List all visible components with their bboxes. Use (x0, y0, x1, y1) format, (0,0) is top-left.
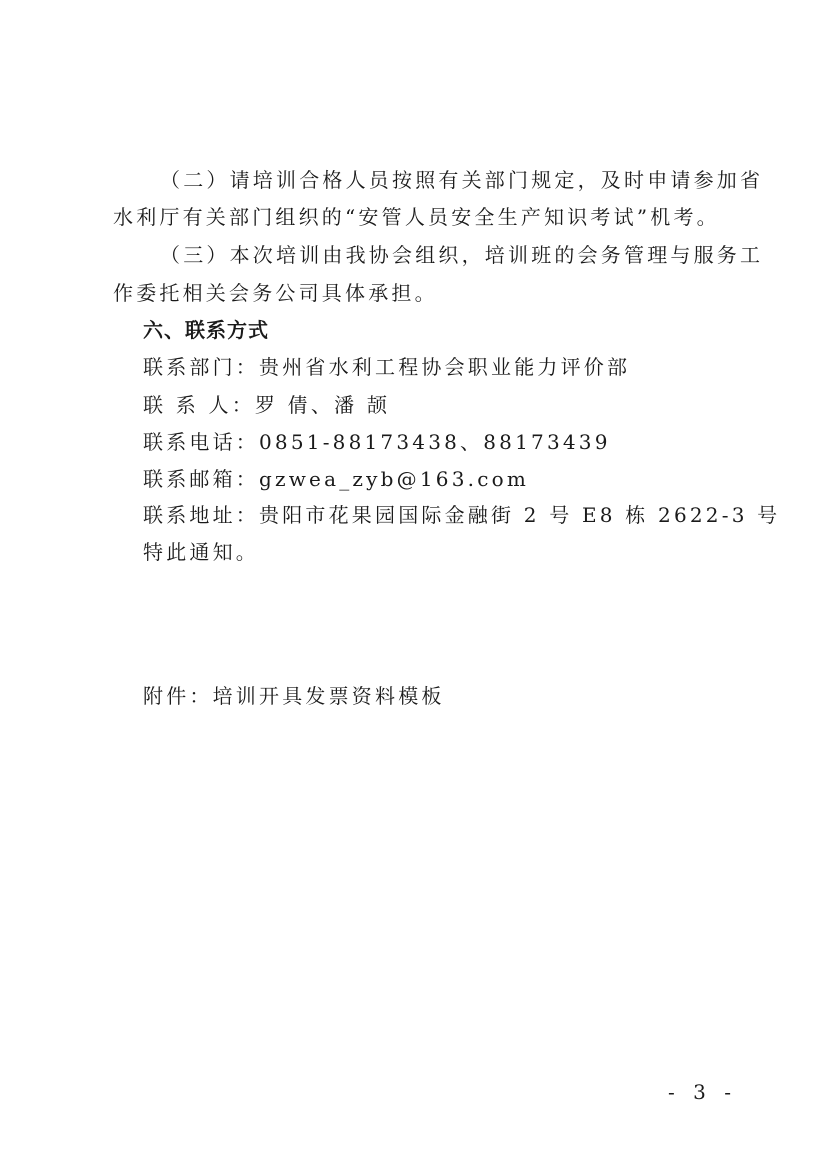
closing-remark: 特此通知。 (143, 540, 259, 564)
contact-address: 联系地址：贵阳市花果园国际金融街 2 号 E8 栋 2622-3 号 (143, 503, 780, 527)
contact-phone: 联系电话：0851-88173438、88173439 (143, 430, 611, 454)
paragraph-3-line-2: 作委托相关会务公司具体承担。 (113, 281, 438, 305)
attachment-note: 附件：培训开具发票资料模板 (143, 684, 445, 708)
contact-email: 联系邮箱：gzwea_zyb@163.com (143, 467, 529, 491)
section-heading-contact: 六、联系方式 (143, 318, 269, 342)
contact-department: 联系部门：贵州省水利工程协会职业能力评价部 (143, 355, 630, 379)
paragraph-2-line-2: 水利厅有关部门组织的“安管人员安全生产知识考试”机考。 (113, 205, 720, 229)
contact-person: 联 系 人：罗 倩、潘 颉 (143, 393, 390, 417)
paragraph-2-line-1: （二）请培训合格人员按照有关部门规定，及时申请参加省 (160, 168, 763, 192)
paragraph-3-line-1: （三）本次培训由我协会组织，培训班的会务管理与服务工 (160, 243, 763, 267)
page-number: - 3 - (668, 1080, 737, 1104)
